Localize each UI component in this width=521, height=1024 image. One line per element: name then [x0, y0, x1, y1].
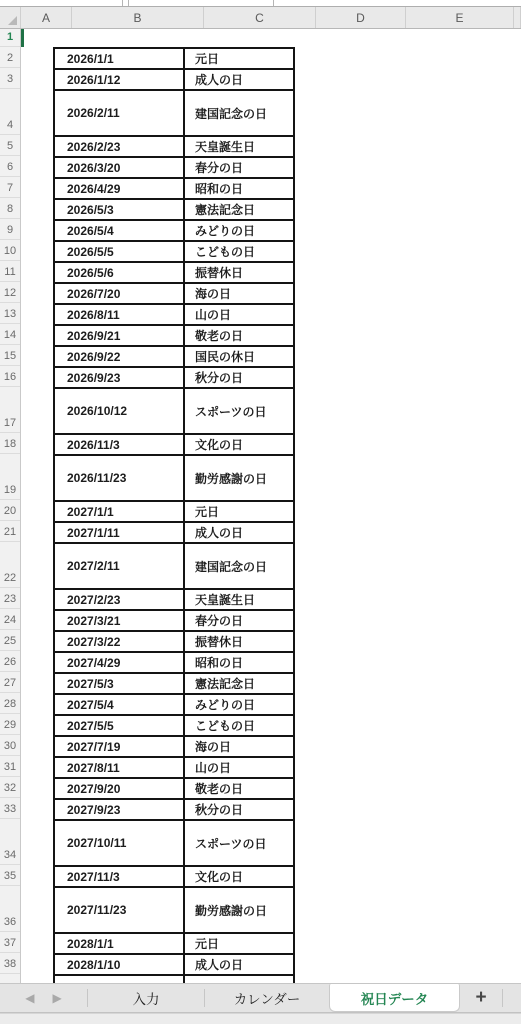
holiday-name-cell[interactable]: 文化の日	[184, 434, 294, 455]
date-cell[interactable]: 2027/8/11	[54, 757, 184, 778]
date-cell[interactable]: 2027/2/11	[54, 543, 184, 589]
holiday-name-cell[interactable]: 昭和の日	[184, 652, 294, 673]
table-row: 2028/1/10成人の日	[54, 954, 294, 975]
table-row: 2027/3/22振替休日	[54, 631, 294, 652]
row-header-15[interactable]: 15	[0, 345, 20, 366]
table-row: 2027/9/20敬老の日	[54, 778, 294, 799]
holiday-name-cell[interactable]: 元日	[184, 501, 294, 522]
holiday-name-cell[interactable]: 天皇誕生日	[184, 589, 294, 610]
table-row: 2027/9/23秋分の日	[54, 799, 294, 820]
add-sheet-button[interactable]: +	[460, 984, 502, 1012]
date-cell[interactable]: 2027/7/19	[54, 736, 184, 757]
table-row: 2026/1/1元日	[54, 48, 294, 69]
holiday-name-cell[interactable]: 昭和の日	[184, 178, 294, 199]
table-row: 2027/1/1元日	[54, 501, 294, 522]
holiday-name-cell[interactable]: 憲法記念日	[184, 673, 294, 694]
table-row: 2027/11/23勤労感謝の日	[54, 887, 294, 933]
date-cell[interactable]: 2026/4/29	[54, 178, 184, 199]
table-row: 2026/5/6振替休日	[54, 262, 294, 283]
holiday-name-cell[interactable]: 勤労感謝の日	[184, 455, 294, 501]
table-row: 2026/2/23天皇誕生日	[54, 136, 294, 157]
holiday-name-cell[interactable]: 春分の日	[184, 157, 294, 178]
holiday-name-cell[interactable]: 元日	[184, 933, 294, 954]
table-row: 2026/9/23秋分の日	[54, 367, 294, 388]
holiday-name-cell[interactable]: スポーツの日	[184, 820, 294, 866]
row-header-7[interactable]: 7	[0, 177, 20, 198]
date-cell[interactable]: 2027/3/22	[54, 631, 184, 652]
table-row: 2026/11/3文化の日	[54, 434, 294, 455]
table-row: 2026/7/20海の日	[54, 283, 294, 304]
row-header-3[interactable]: 3	[0, 68, 20, 89]
holiday-name-cell[interactable]: 秋分の日	[184, 799, 294, 820]
date-cell[interactable]: 2026/5/4	[54, 220, 184, 241]
formula-bar-divider	[128, 0, 129, 6]
table-row: 2027/11/3文化の日	[54, 866, 294, 887]
table-row: 2026/5/5こどもの日	[54, 241, 294, 262]
table-row: 2027/10/11スポーツの日	[54, 820, 294, 866]
table-row: 2027/5/5こどもの日	[54, 715, 294, 736]
date-cell[interactable]: 2026/9/23	[54, 367, 184, 388]
table-row: 2026/1/12成人の日	[54, 69, 294, 90]
row-header-26[interactable]: 26	[0, 651, 20, 672]
spreadsheet-window: ABCDE 1234567891011121314151617181920212…	[0, 0, 521, 1024]
row-header-13[interactable]: 13	[0, 303, 20, 324]
table-row: 2026/4/29昭和の日	[54, 178, 294, 199]
date-cell[interactable]: 2026/3/20	[54, 157, 184, 178]
date-cell[interactable]: 2028/1/10	[54, 954, 184, 975]
holiday-name-cell[interactable]: 山の日	[184, 304, 294, 325]
row-header-4[interactable]: 4	[0, 89, 20, 135]
row-header-16[interactable]: 16	[0, 366, 20, 387]
sheet-tab-1[interactable]: 入力	[88, 984, 204, 1012]
holiday-name-cell[interactable]: 振替休日	[184, 631, 294, 652]
date-cell[interactable]: 2027/2/23	[54, 589, 184, 610]
date-cell[interactable]: 2026/1/12	[54, 69, 184, 90]
empty-cell[interactable]	[54, 975, 184, 983]
holiday-name-cell[interactable]: 海の日	[184, 283, 294, 304]
table-row: 2027/7/19海の日	[54, 736, 294, 757]
row-header-27[interactable]: 27	[0, 672, 20, 693]
table-row: 2027/8/11山の日	[54, 757, 294, 778]
row-header-39[interactable]	[0, 974, 20, 983]
date-cell[interactable]: 2027/11/23	[54, 887, 184, 933]
table-row: 2026/10/12スポーツの日	[54, 388, 294, 434]
holiday-name-cell[interactable]: こどもの日	[184, 241, 294, 262]
sheet-nav: ◀ ▶	[0, 984, 87, 1012]
sheet-grid: 1234567891011121314151617181920212223242…	[0, 29, 521, 983]
next-sheet-icon[interactable]: ▶	[53, 992, 62, 1004]
date-cell[interactable]: 2028/1/1	[54, 933, 184, 954]
sheet-tab-2[interactable]: カレンダー	[205, 984, 329, 1012]
table-row: 2027/4/29昭和の日	[54, 652, 294, 673]
holiday-name-cell[interactable]: 山の日	[184, 757, 294, 778]
holiday-name-cell[interactable]: 成人の日	[184, 954, 294, 975]
table-row: 2027/5/4みどりの日	[54, 694, 294, 715]
date-cell[interactable]: 2027/4/29	[54, 652, 184, 673]
row-header-9[interactable]: 9	[0, 219, 20, 240]
holiday-name-cell[interactable]: みどりの日	[184, 220, 294, 241]
holiday-name-cell[interactable]: 天皇誕生日	[184, 136, 294, 157]
date-cell[interactable]: 2026/1/1	[54, 48, 184, 69]
date-cell[interactable]: 2027/1/11	[54, 522, 184, 543]
row-header-25[interactable]: 25	[0, 630, 20, 651]
date-cell[interactable]: 2026/9/21	[54, 325, 184, 346]
holiday-name-cell[interactable]: 元日	[184, 48, 294, 69]
column-header-A[interactable]: A	[21, 7, 72, 28]
select-all-corner[interactable]	[0, 7, 21, 28]
prev-sheet-icon[interactable]: ◀	[25, 992, 34, 1004]
date-cell[interactable]: 2026/8/11	[54, 304, 184, 325]
holiday-name-cell[interactable]: 秋分の日	[184, 367, 294, 388]
holiday-name-cell[interactable]: 敬老の日	[184, 778, 294, 799]
date-cell[interactable]: 2026/5/3	[54, 199, 184, 220]
column-header-D[interactable]: D	[316, 7, 406, 28]
row-header-38[interactable]: 38	[0, 953, 20, 974]
holiday-name-cell[interactable]: 建国記念の日	[184, 543, 294, 589]
column-header-E[interactable]: E	[406, 7, 514, 28]
row-header-37[interactable]: 37	[0, 932, 20, 953]
row-header-11[interactable]: 11	[0, 261, 20, 282]
row-header-6[interactable]: 6	[0, 156, 20, 177]
column-header-row: ABCDE	[0, 7, 521, 29]
row-header-1[interactable]: 1	[0, 29, 20, 47]
date-cell[interactable]: 2027/9/20	[54, 778, 184, 799]
active-cell-indicator	[21, 29, 24, 47]
row-header-23[interactable]: 23	[0, 588, 20, 609]
holiday-name-cell[interactable]: 敬老の日	[184, 325, 294, 346]
holiday-name-cell[interactable]: 建国記念の日	[184, 90, 294, 136]
date-cell[interactable]: 2027/10/11	[54, 820, 184, 866]
sheet-tab-3[interactable]: 祝日データ	[329, 984, 460, 1012]
table-row: 2026/8/11山の日	[54, 304, 294, 325]
row-header-10[interactable]: 10	[0, 240, 20, 261]
date-cell[interactable]: 2027/1/1	[54, 501, 184, 522]
date-cell[interactable]: 2026/7/20	[54, 283, 184, 304]
holiday-name-cell[interactable]: 成人の日	[184, 522, 294, 543]
row-header-35[interactable]: 35	[0, 865, 20, 886]
date-cell[interactable]: 2026/11/3	[54, 434, 184, 455]
table-row: 2027/2/11建国記念の日	[54, 543, 294, 589]
row-header-22[interactable]: 22	[0, 542, 20, 588]
row-header-12[interactable]: 12	[0, 282, 20, 303]
row-header-33[interactable]: 33	[0, 798, 20, 819]
row-header-2[interactable]: 2	[0, 47, 20, 68]
date-cell[interactable]: 2026/2/23	[54, 136, 184, 157]
row-header-31[interactable]: 31	[0, 756, 20, 777]
row-header-36[interactable]: 36	[0, 886, 20, 932]
holiday-name-cell[interactable]: 勤労感謝の日	[184, 887, 294, 933]
holiday-name-cell[interactable]: 憲法記念日	[184, 199, 294, 220]
holiday-name-cell[interactable]: みどりの日	[184, 694, 294, 715]
row-header-column: 1234567891011121314151617181920212223242…	[0, 29, 21, 983]
row-header-17[interactable]: 17	[0, 387, 20, 433]
date-cell[interactable]: 2027/5/5	[54, 715, 184, 736]
formula-bar-divider-2	[273, 0, 274, 6]
table-row: 2027/5/3憲法記念日	[54, 673, 294, 694]
table-row: 2026/9/21敬老の日	[54, 325, 294, 346]
holiday-name-cell[interactable]: 振替休日	[184, 262, 294, 283]
date-cell[interactable]: 2026/10/12	[54, 388, 184, 434]
row-header-8[interactable]: 8	[0, 198, 20, 219]
sheet-tab-bar: ◀ ▶ 入力カレンダー祝日データ +	[0, 983, 521, 1013]
holiday-name-cell[interactable]: スポーツの日	[184, 388, 294, 434]
row-header-19[interactable]: 19	[0, 454, 20, 500]
table-row-partial	[54, 975, 294, 983]
row-header-5[interactable]: 5	[0, 135, 20, 156]
date-cell[interactable]: 2026/5/5	[54, 241, 184, 262]
holiday-name-cell[interactable]: 春分の日	[184, 610, 294, 631]
holiday-name-cell[interactable]: 文化の日	[184, 866, 294, 887]
holiday-name-cell[interactable]: 国民の休日	[184, 346, 294, 367]
date-cell[interactable]: 2027/9/23	[54, 799, 184, 820]
column-header-C[interactable]: C	[204, 7, 316, 28]
table-row: 2026/2/11建国記念の日	[54, 90, 294, 136]
table-row: 2027/1/11成人の日	[54, 522, 294, 543]
row-header-30[interactable]: 30	[0, 735, 20, 756]
table-row: 2026/9/22国民の休日	[54, 346, 294, 367]
name-box-edge	[122, 0, 123, 6]
row-header-18[interactable]: 18	[0, 433, 20, 454]
date-cell[interactable]: 2027/11/3	[54, 866, 184, 887]
date-cell[interactable]: 2027/5/3	[54, 673, 184, 694]
table-row: 2026/11/23勤労感謝の日	[54, 455, 294, 501]
row-header-32[interactable]: 32	[0, 777, 20, 798]
table-row: 2027/3/21春分の日	[54, 610, 294, 631]
holiday-name-cell[interactable]: 海の日	[184, 736, 294, 757]
date-cell[interactable]: 2026/9/22	[54, 346, 184, 367]
date-cell[interactable]: 2027/3/21	[54, 610, 184, 631]
row-header-21[interactable]: 21	[0, 521, 20, 542]
row-header-34[interactable]: 34	[0, 819, 20, 865]
date-cell[interactable]: 2027/5/4	[54, 694, 184, 715]
empty-cell[interactable]	[184, 975, 294, 983]
table-row: 2026/5/3憲法記念日	[54, 199, 294, 220]
row-header-24[interactable]: 24	[0, 609, 20, 630]
date-cell[interactable]: 2026/5/6	[54, 262, 184, 283]
row-header-29[interactable]: 29	[0, 714, 20, 735]
date-cell[interactable]: 2026/2/11	[54, 90, 184, 136]
table-row: 2028/1/1元日	[54, 933, 294, 954]
row-header-28[interactable]: 28	[0, 693, 20, 714]
table-row: 2027/2/23天皇誕生日	[54, 589, 294, 610]
table-row: 2026/3/20春分の日	[54, 157, 294, 178]
column-header-stub	[514, 7, 521, 28]
tabbar-spacer	[503, 984, 521, 1012]
holiday-data-table: 2026/1/1元日2026/1/12成人の日2026/2/11建国記念の日20…	[53, 47, 295, 983]
status-bar	[0, 1013, 521, 1024]
holiday-name-cell[interactable]: こどもの日	[184, 715, 294, 736]
column-header-B[interactable]: B	[72, 7, 204, 28]
date-cell[interactable]: 2026/11/23	[54, 455, 184, 501]
formula-bar-remnant	[0, 0, 521, 7]
table-row: 2026/5/4みどりの日	[54, 220, 294, 241]
row-header-20[interactable]: 20	[0, 500, 20, 521]
select-all-triangle-icon	[8, 16, 17, 25]
holiday-name-cell[interactable]: 成人の日	[184, 69, 294, 90]
row-header-14[interactable]: 14	[0, 324, 20, 345]
